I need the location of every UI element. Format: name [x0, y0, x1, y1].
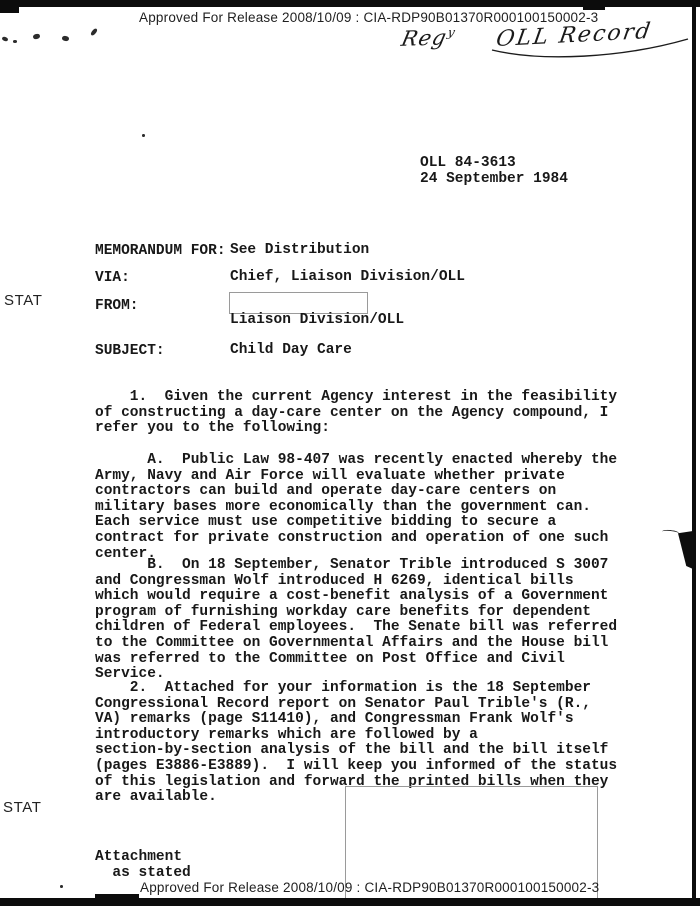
doc-number: OLL 84-3613: [420, 156, 568, 172]
handwriting-main: Reg: [399, 25, 449, 51]
memo-via-value: Chief, Liaison Division/OLL: [230, 270, 465, 286]
ink-speck: [90, 28, 98, 37]
memo-subject-value: Child Day Care: [230, 343, 352, 359]
redaction-box-from: [229, 292, 368, 314]
scan-right-line: [692, 5, 696, 906]
scan-bottom-bar: [0, 898, 700, 906]
ink-speck: [62, 35, 70, 41]
ink-speck: [32, 33, 40, 40]
stat-marginalia-bottom: STAT: [3, 799, 42, 816]
ink-speck: [13, 40, 17, 43]
scan-right-wedge-hook: [662, 529, 679, 536]
ink-speck: [60, 885, 63, 888]
scan-right-wedge: [678, 531, 693, 569]
stat-marginalia-top: STAT: [4, 292, 43, 309]
handwriting-sup: y: [446, 25, 457, 39]
body-paragraph-a: A. Public Law 98-407 was recently enacte…: [95, 453, 617, 562]
body-paragraph-b: B. On 18 September, Senator Trible intro…: [95, 558, 617, 683]
scan-top-bar-blob: [0, 0, 19, 13]
handwritten-annotation-reg: Regy: [399, 25, 457, 51]
doc-date: 24 September 1984: [420, 172, 568, 188]
memo-subject-label: SUBJECT:: [95, 344, 165, 360]
approval-footer-text: Approved For Release 2008/10/09 : CIA-RD…: [140, 880, 599, 895]
memo-for-value: See Distribution: [230, 243, 369, 259]
memo-from-label: FROM:: [95, 299, 139, 315]
ink-speck: [1, 36, 8, 42]
scanned-memo-page: Approved For Release 2008/10/09 : CIA-RD…: [0, 0, 700, 906]
ink-speck: [142, 134, 145, 137]
attachment-note: Attachment as stated: [95, 850, 191, 881]
doc-number-block: OLL 84-3613 24 September 1984: [420, 156, 568, 187]
memo-from-value: Liaison Division/OLL: [230, 313, 404, 329]
memo-via-label: VIA:: [95, 271, 130, 287]
memo-for-label: MEMORANDUM FOR:: [95, 244, 226, 260]
handwriting-underline-swash: [482, 22, 694, 64]
body-paragraph-1: 1. Given the current Agency interest in …: [95, 390, 617, 437]
scan-top-bar-bump: [583, 0, 605, 10]
